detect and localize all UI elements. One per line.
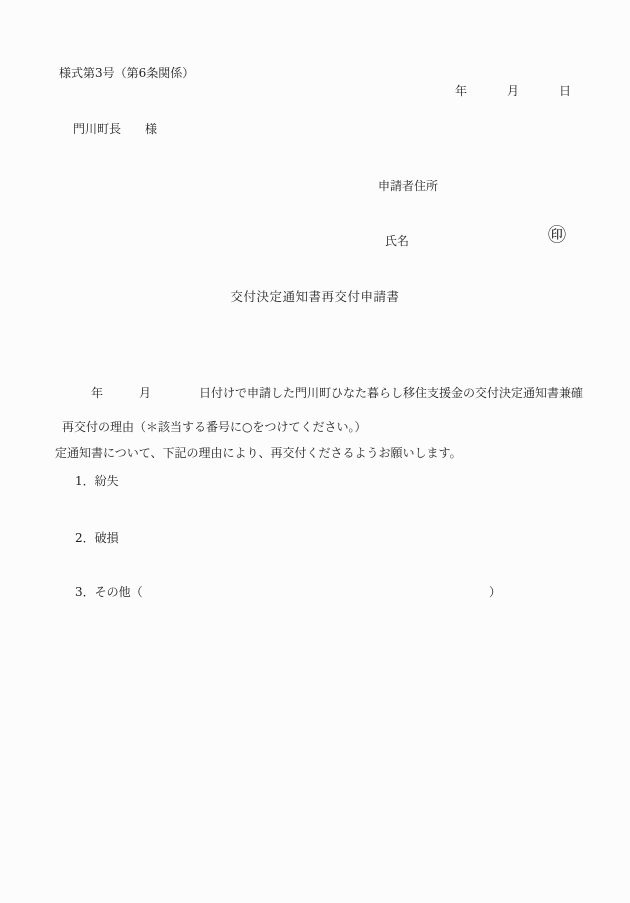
reason-item-lost: 1．紛失 — [75, 472, 119, 489]
applicant-name-label: 氏名 — [385, 232, 409, 249]
application-form-page: 様式第3号（第6条関係） 年 月 日 門川町長 様 申請者住所 氏名 ㊞ 交付決… — [0, 0, 630, 903]
seal-mark-icon: ㊞ — [548, 227, 566, 245]
reason-item-damaged: 2．破損 — [75, 529, 119, 546]
reason-item-other: 3．その他（ — [75, 583, 143, 600]
form-number: 様式第3号（第6条関係） — [59, 64, 194, 81]
document-title: 交付決定通知書再交付申請書 — [0, 287, 630, 305]
applicant-address-label: 申請者住所 — [378, 177, 438, 194]
date-fields: 年 月 日 — [455, 82, 572, 99]
body-paragraph-line2: 定通知書について、下記の理由により、再交付くださるようお願いします。 — [55, 443, 587, 463]
reason-section-heading: 再交付の理由（＊該当する番号に○をつけてください。） — [62, 418, 366, 435]
addressee: 門川町長 様 — [73, 120, 157, 137]
body-paragraph-line1: 年 月 日付けで申請した門川町ひなた暮らし移住支援金の交付決定通知書兼確 — [55, 383, 587, 403]
reason-item-other-close-paren: ） — [489, 583, 501, 600]
